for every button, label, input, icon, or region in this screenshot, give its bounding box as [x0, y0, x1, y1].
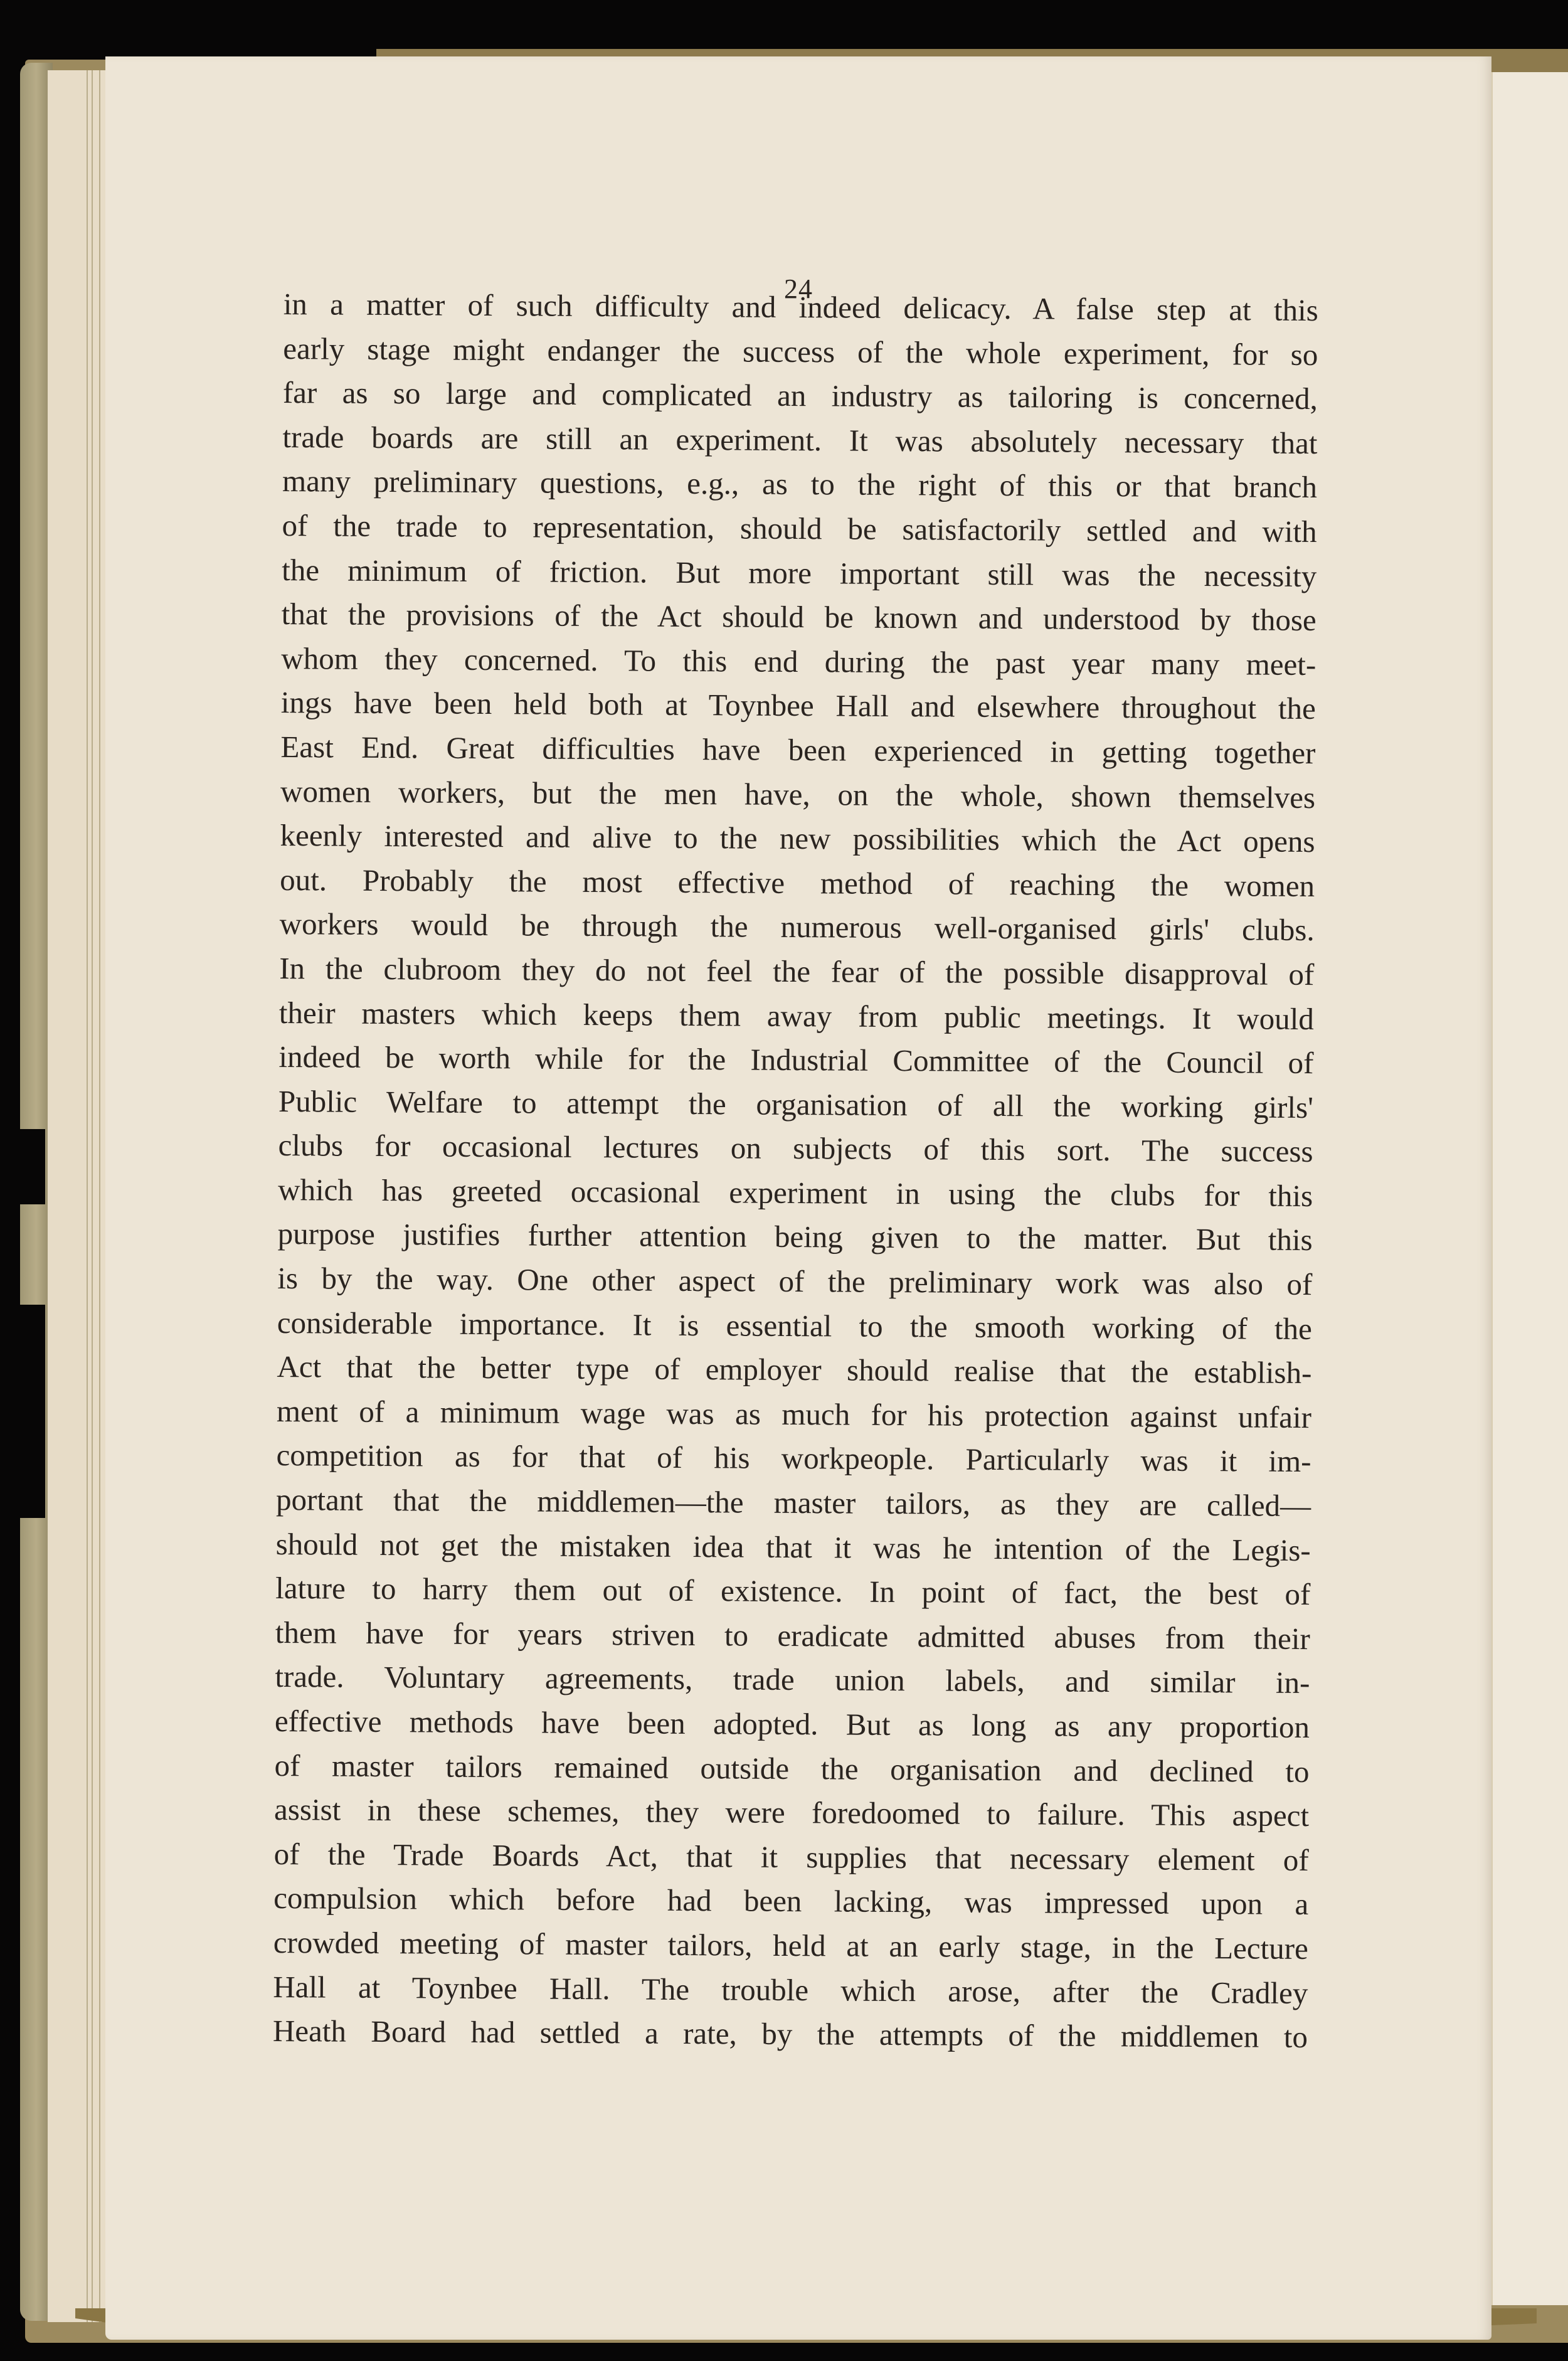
text-line: East End. Great difficulties have been e…	[280, 725, 1315, 776]
text-line: In the clubroom they do not feel the fea…	[279, 947, 1314, 997]
text-line: trade. Voluntary agreements, trade union…	[275, 1655, 1310, 1706]
spine-damage-gap	[20, 1129, 45, 1204]
text-line: clubs for occasional lectures on subject…	[278, 1123, 1313, 1174]
text-line: lature to harry them out of existence. I…	[275, 1566, 1310, 1617]
text-line: that the provisions of the Act should be…	[282, 592, 1316, 643]
page-edge-line	[92, 70, 93, 2322]
text-line: of master tailors remained outside the o…	[274, 1744, 1309, 1795]
text-line: of the trade to representation, should b…	[282, 504, 1316, 554]
facing-page-edge	[1491, 72, 1568, 2305]
body-text: in a matter of such difficulty and indee…	[273, 282, 1318, 2060]
text-line: competition as for that of his workpeopl…	[276, 1433, 1311, 1484]
text-line: workers would be through the numerous we…	[280, 902, 1315, 953]
text-line: ment of a minimum wage was as much for h…	[277, 1389, 1311, 1440]
text-line: keenly interested and alive to the new p…	[280, 814, 1315, 864]
page-stack-edges	[48, 70, 112, 2322]
text-line: crowded meeting of master tailors, held …	[273, 1921, 1308, 1971]
text-line: effective methods have been adopted. But…	[275, 1699, 1310, 1750]
text-line: should not get the mistaken idea that it…	[275, 1522, 1310, 1573]
text-line: portant that the middlemen—the master ta…	[276, 1478, 1311, 1529]
text-line: the minimum of friction. But more import…	[282, 548, 1316, 599]
text-line: indeed be worth while for the Industrial…	[278, 1035, 1313, 1086]
text-line: Hall at Toynbee Hall. The trouble which …	[273, 1965, 1308, 2016]
text-line: ings have been held both at Toynbee Hall…	[281, 681, 1316, 731]
text-line: in a matter of such difficulty and indee…	[283, 282, 1318, 333]
text-line: Heath Board had settled a rate, by the a…	[273, 2009, 1308, 2060]
text-line: far as so large and complicated an indus…	[283, 371, 1318, 422]
text-line: whom they concerned. To this end during …	[281, 637, 1316, 687]
text-line: them have for years striven to eradicate…	[275, 1611, 1310, 1662]
text-line: Public Welfare to attempt the organisati…	[278, 1080, 1313, 1130]
page-edge-line	[87, 70, 88, 2322]
text-line: Act that the better type of employer sho…	[277, 1345, 1311, 1396]
text-line: purpose justifies further attention bein…	[278, 1212, 1313, 1263]
text-line: is by the way. One other aspect of the p…	[277, 1256, 1312, 1307]
text-line: trade boards are still an experiment. It…	[282, 415, 1317, 466]
text-line: women workers, but the men have, on the …	[280, 770, 1315, 820]
text-line: of the Trade Boards Act, that it supplie…	[273, 1832, 1308, 1883]
text-line: considerable importance. It is essential…	[277, 1301, 1312, 1352]
text-line: out. Probably the most effective method …	[280, 858, 1315, 909]
text-line: their masters which keeps them away from…	[279, 990, 1314, 1041]
text-line: assist in these schemes, they were fored…	[274, 1788, 1309, 1838]
text-line: many preliminary questions, e.g., as to …	[282, 459, 1317, 510]
page-edge-line	[99, 70, 100, 2322]
text-line: compulsion which before had been lacking…	[273, 1876, 1308, 1927]
text-line: early stage might endanger the success o…	[283, 327, 1318, 378]
text-line: which has greeted occasional experiment …	[278, 1168, 1313, 1219]
spine-damage-gap	[20, 1305, 45, 1518]
